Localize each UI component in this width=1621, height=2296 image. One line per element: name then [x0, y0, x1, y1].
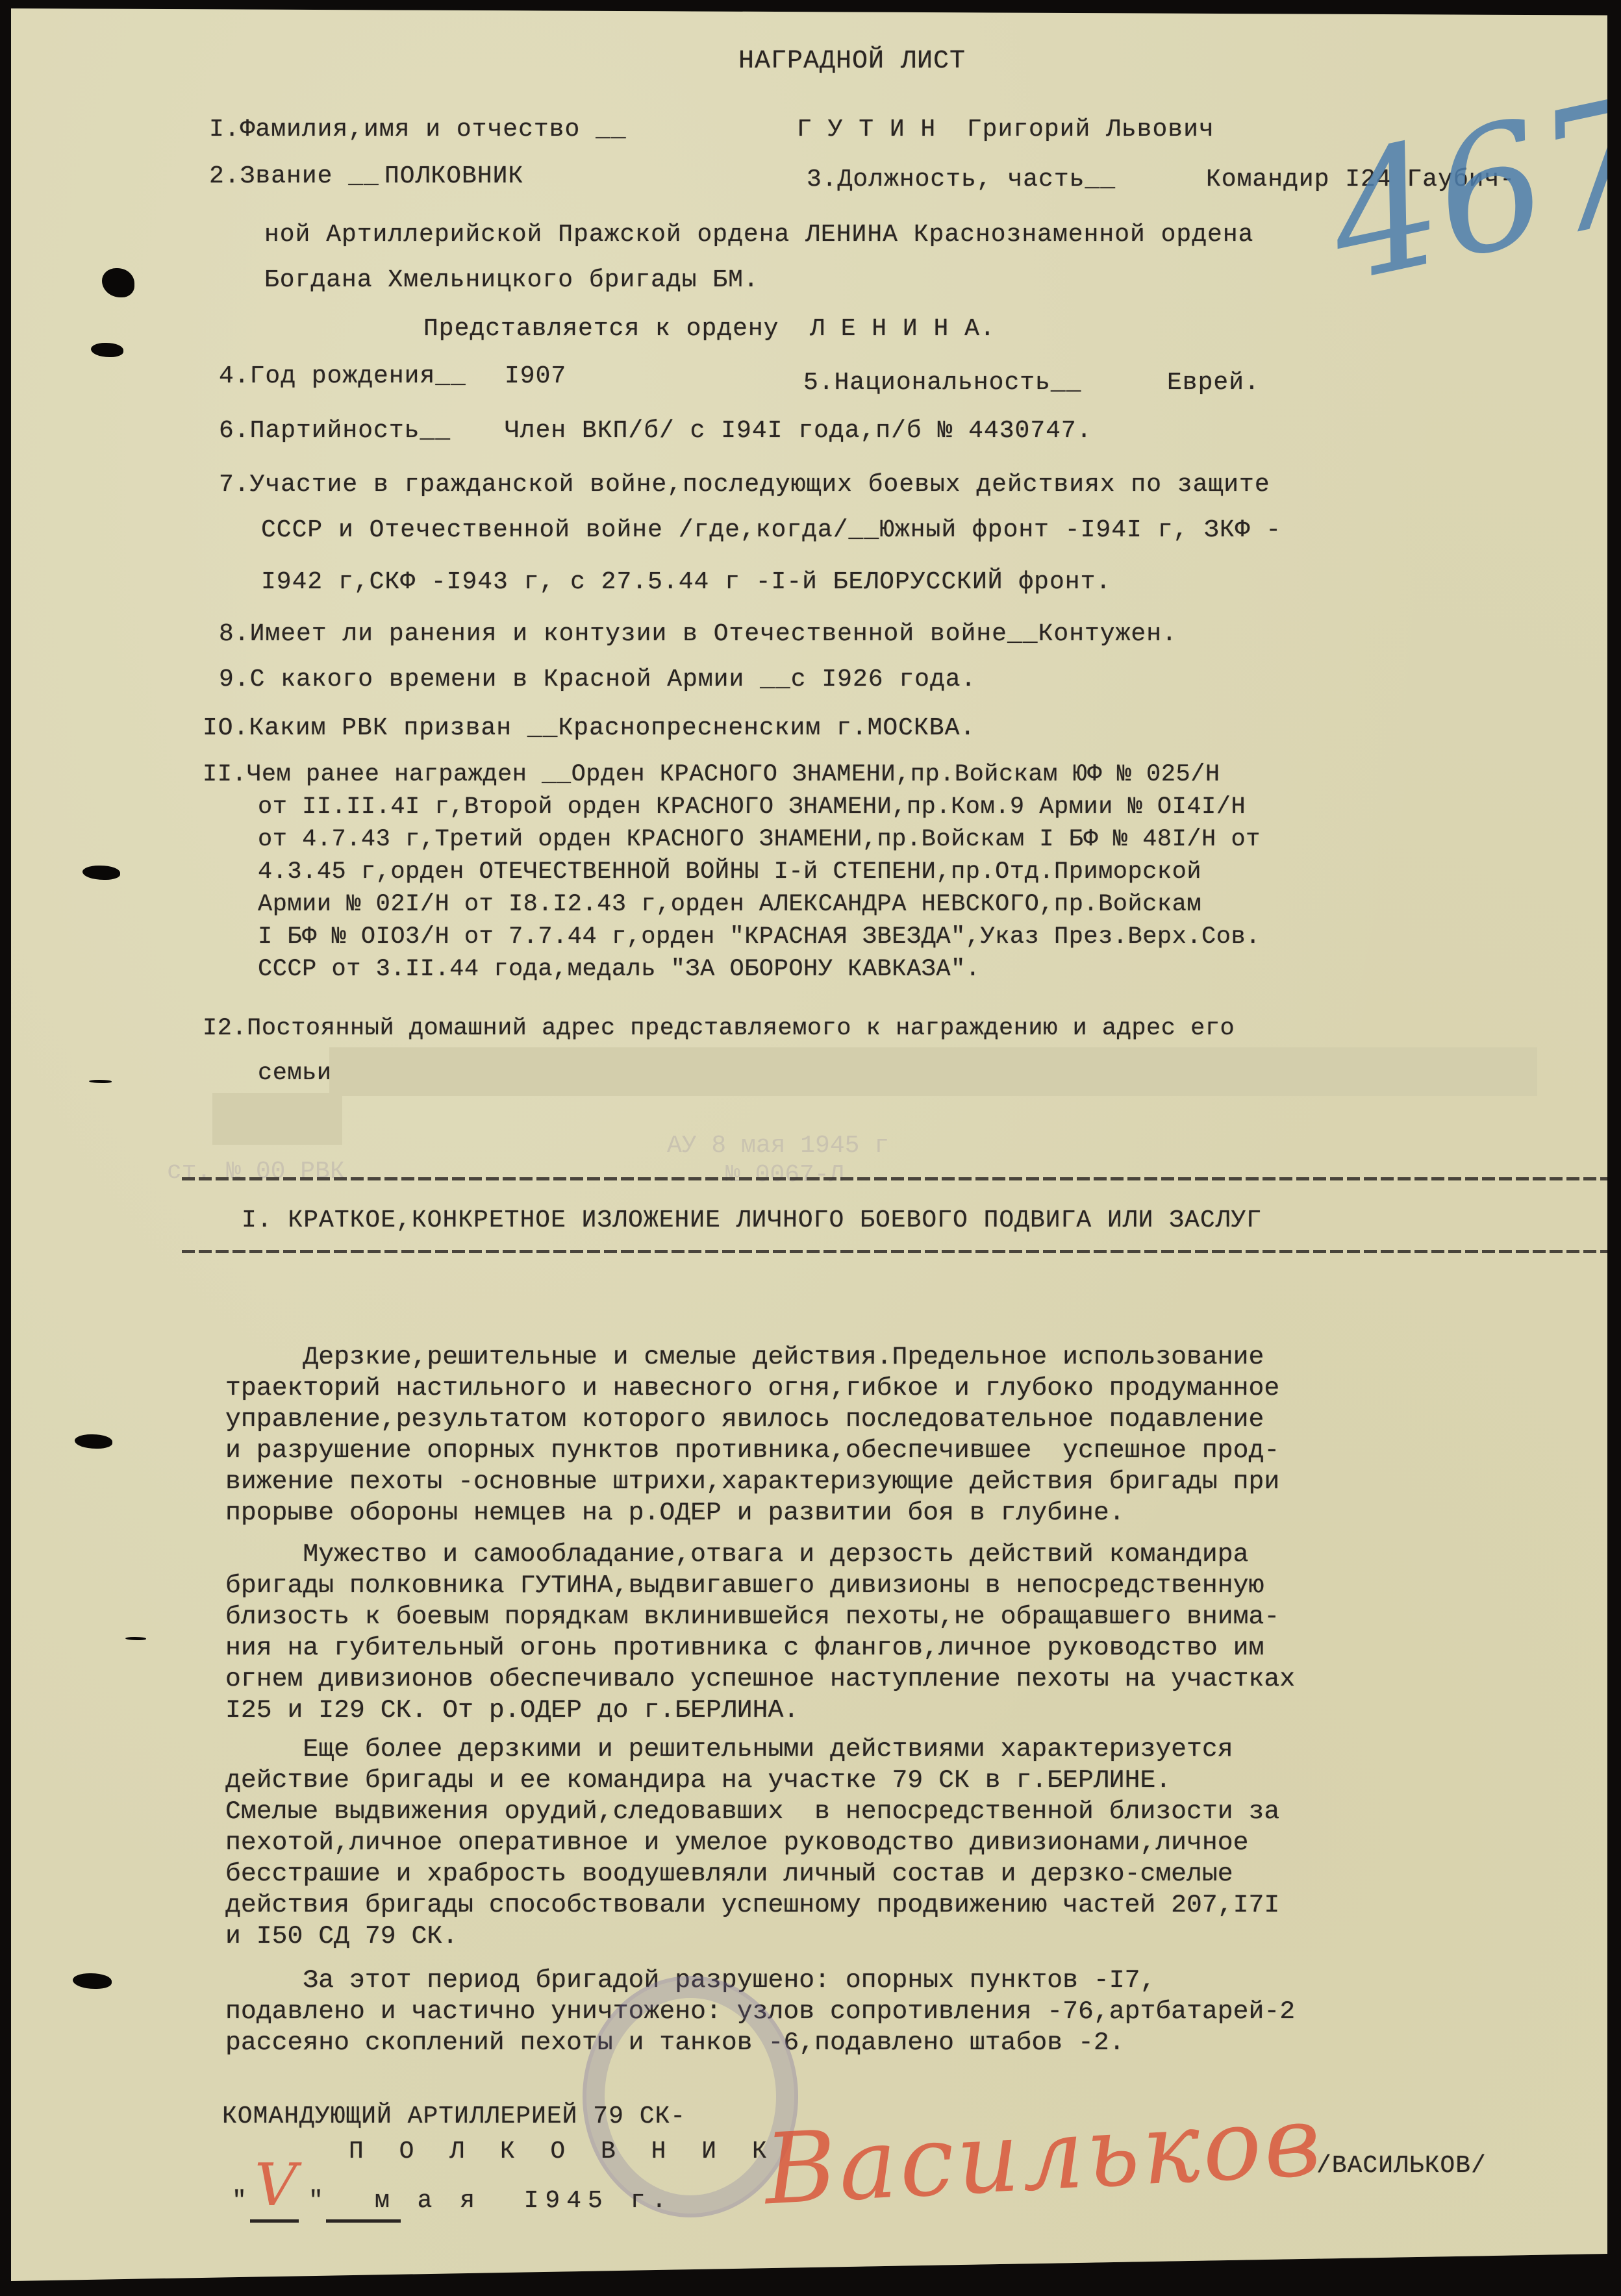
narrative-line: Еще более дерзкими и решительными действ… — [225, 1737, 1233, 1762]
narrative-line: прорыве обороны немцев на р.ОДЕР и разви… — [225, 1501, 1125, 1526]
field-3-value-line3: Богдана Хмельницкого бригады БМ. — [264, 268, 759, 293]
date-day-handwritten: V — [255, 2151, 297, 2219]
field-9: 9.С какого времени в Красной Армии __с I… — [219, 668, 976, 692]
field-1-value: Г У Т И Н Григорий Львович — [797, 118, 1214, 142]
field-6-value: Член ВКП/б/ с I94I года,п/б № 4430747. — [505, 419, 1092, 443]
field-5-label: 5.Национальность__ — [803, 371, 1081, 395]
bleed-through-text: ст. № 00 РВК — [167, 1158, 345, 1186]
nomination-line: Представляется к ордену Л Е Н И Н А. — [423, 317, 996, 342]
signer-position-line1: КОМАНДУЮЩИЙ АРТИЛЛЕРИЕЙ 79 СК- — [222, 2104, 686, 2129]
field-12-line1: I2.Постоянный домашний адрес представляе… — [203, 1017, 1235, 1041]
section-divider-top — [182, 1177, 1611, 1180]
narrative-line: вижение пехоты -основные штрихи,характер… — [225, 1469, 1279, 1495]
narrative-line: и I50 СД 79 СК. — [225, 1924, 458, 1949]
section-header: I. КРАТКОЕ,КОНКРЕТНОЕ ИЗЛОЖЕНИЕ ЛИЧНОГО … — [242, 1208, 1262, 1233]
punch-hole — [125, 1637, 146, 1640]
field-2-value: ПОЛКОВНИК — [384, 164, 523, 189]
narrative-line: бесстрашие и храбрость воодушевляли личн… — [225, 1862, 1233, 1887]
narrative-line: действие бригады и ее командира на участ… — [225, 1768, 1171, 1793]
signer-name: /ВАСИЛЬКОВ/ — [1316, 2154, 1487, 2178]
blue-pencil-mark: 467 — [1313, 62, 1621, 321]
narrative-line: бригады полковника ГУТИНА,выдвигавшего д… — [225, 1573, 1264, 1599]
field-6-label: 6.Партийность__ — [219, 419, 451, 443]
field-11-line: I БФ № OIO3/Н от 7.7.44 г,орден "КРАСНАЯ… — [258, 925, 1261, 949]
field-7-line2: СССР и Отечественной войне /где,когда/__… — [261, 518, 1281, 543]
field-3-label: 3.Должность, часть__ — [807, 168, 1116, 192]
signer-position-line2: П О Л К О В Н И К — [349, 2140, 777, 2164]
field-11-line: от 4.7.43 г,Третий орден КРАСНОГО ЗНАМЕН… — [258, 828, 1261, 852]
punch-hole — [75, 1434, 112, 1449]
field-2-label: 2.Звание __ — [209, 164, 379, 189]
field-10: IO.Каким РВК призван __Краснопресненским… — [203, 716, 975, 741]
field-11-line: 4.3.45 г,орден ОТЕЧЕСТВЕННОЙ ВОЙНЫ I-й С… — [258, 860, 1201, 884]
field-3-value-line2: ной Артиллерийской Пражской ордена ЛЕНИН… — [264, 223, 1253, 247]
field-1-label: I.Фамилия,имя и отчество __ — [209, 118, 627, 142]
punch-hole — [89, 1080, 112, 1083]
date-rest: м а я I945 г. — [375, 2189, 673, 2214]
field-11-line: СССР от 3.II.44 года,медаль "ЗА ОБОРОНУ … — [258, 958, 980, 982]
narrative-line: управление,результатом которого явилось … — [225, 1407, 1264, 1432]
field-4-label: 4.Год рождения__ — [219, 364, 466, 389]
narrative-line: траекторий настильного и навесного огня,… — [225, 1376, 1279, 1401]
date-underline — [326, 2219, 401, 2223]
section-divider-bottom — [182, 1250, 1611, 1253]
narrative-line: Смелые выдвижения орудий,следовавших в н… — [225, 1799, 1279, 1825]
field-8: 8.Имеет ли ранения и контузии в Отечеств… — [219, 622, 1177, 647]
field-4-value: I907 — [505, 364, 566, 389]
document-page: АУ 8 мая 1945 г № 0067-Л ст. № 00 РВК НА… — [11, 8, 1607, 2281]
punch-hole — [82, 866, 120, 880]
field-11-line: II.Чем ранее награжден __Орден КРАСНОГО … — [203, 763, 1220, 787]
signature-handwritten: Васильков — [762, 2085, 1326, 2227]
narrative-line: I25 и I29 СК. От р.ОДЕР до г.БЕРЛИНА. — [225, 1698, 799, 1723]
redacted-address — [212, 1093, 342, 1145]
narrative-line: близость к боевым порядкам вклинившейся … — [225, 1604, 1279, 1630]
punch-hole — [91, 343, 123, 357]
narrative-line: Дерзкие,решительные и смелые действия.Пр… — [225, 1345, 1264, 1370]
date-close-quote: " — [308, 2189, 324, 2214]
punch-hole — [73, 1973, 112, 1989]
date-underline — [250, 2219, 299, 2223]
narrative-line: огнем дивизионов обеспечивало успешное н… — [225, 1667, 1295, 1692]
field-7-line1: 7.Участие в гражданской войне,последующи… — [219, 473, 1270, 497]
field-7-line3: I942 г,СКФ -I943 г, с 27.5.44 г -I-й БЕЛ… — [261, 570, 1111, 595]
punch-hole — [102, 268, 134, 297]
field-11-line: от II.II.4I г,Второй орден КРАСНОГО ЗНАМ… — [258, 795, 1246, 819]
narrative-line: действия бригады способствовали успешном… — [225, 1893, 1279, 1918]
narrative-line: пехотой,личное оперативное и умелое руко… — [225, 1830, 1249, 1856]
narrative-line: и разрушение опорных пунктов противника,… — [225, 1438, 1279, 1464]
bleed-through-text: № 0067-Л — [725, 1161, 844, 1189]
date-open-quote: " — [232, 2189, 247, 2214]
bleed-through-text: АУ 8 мая 1945 г — [667, 1132, 889, 1160]
field-11-line: Армии № 02I/Н от I8.I2.43 г,орден АЛЕКСА… — [258, 893, 1201, 917]
document-title: НАГРАДНОЙ ЛИСТ — [738, 49, 966, 75]
narrative-line: Мужество и самообладание,отвага и дерзос… — [225, 1542, 1249, 1567]
redacted-address — [329, 1047, 1537, 1096]
field-5-value: Еврей. — [1167, 371, 1260, 395]
narrative-line: ния на губительный огонь противника с фл… — [225, 1636, 1264, 1661]
